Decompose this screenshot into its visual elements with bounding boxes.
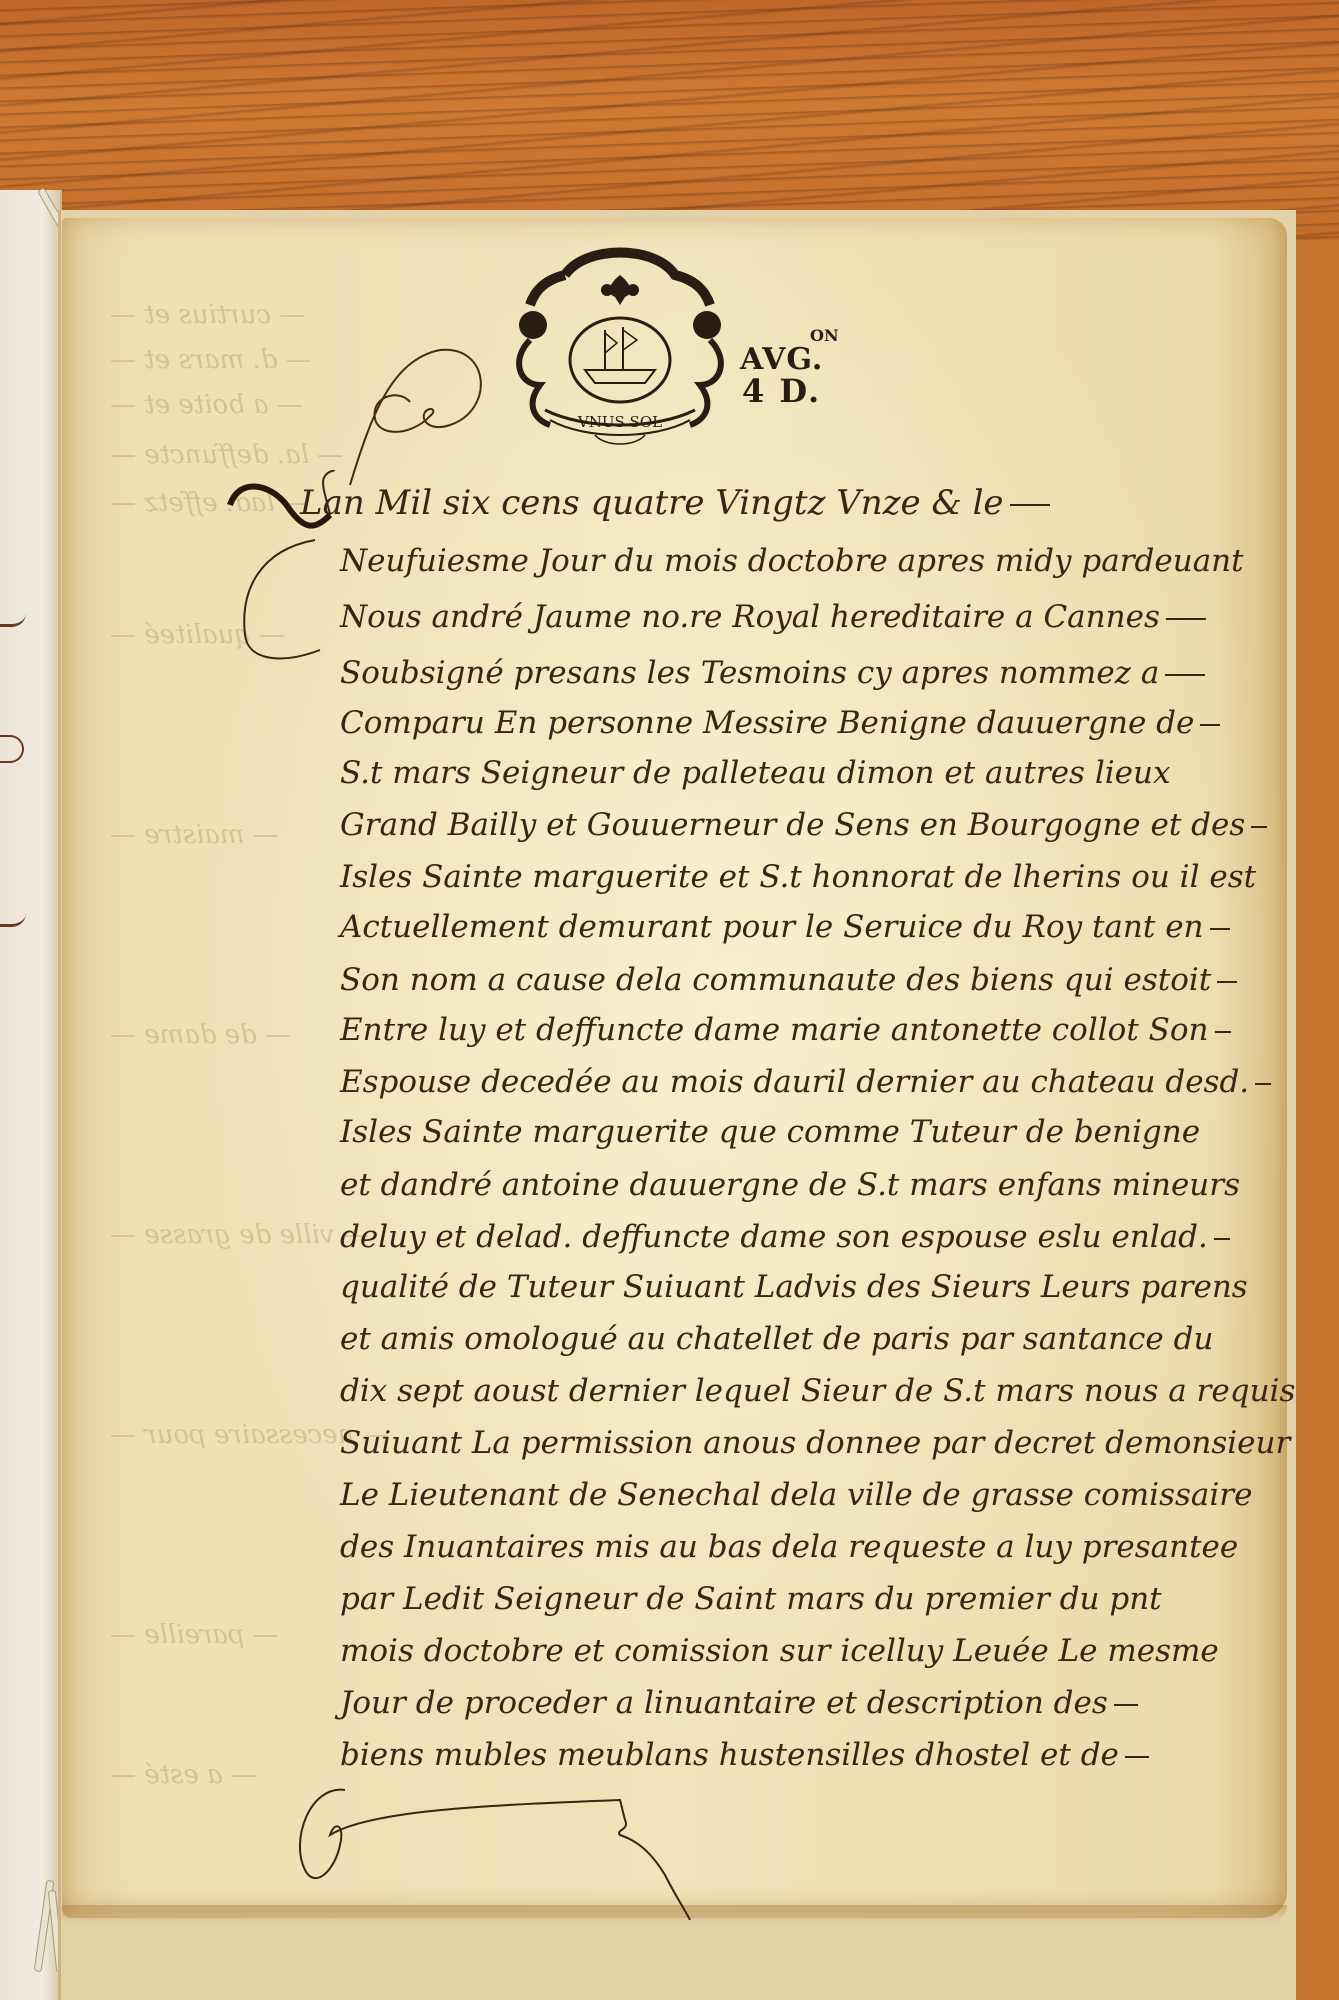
underlying-page-edge [0, 190, 62, 2000]
manuscript-line: Neufuiesme Jour du mois doctobre apres m… [340, 536, 1290, 586]
manuscript-line: des Inuantaires mis au bas dela requeste… [340, 1522, 1290, 1572]
manuscript-line: dix sept aoust dernier lequel Sieur de S… [340, 1366, 1290, 1416]
bleed-through-text: — ville de grasse — [110, 1220, 369, 1250]
bleed-through-text: — maistre — [110, 820, 279, 850]
manuscript-line: deluy et delad. deffuncte dame son espou… [340, 1212, 1290, 1262]
bleed-through-text: — pareille — [110, 1620, 279, 1650]
manuscript-line: par Ledit Seigneur de Saint mars du prem… [340, 1574, 1290, 1624]
manuscript-line: Lan Mil six cens quatre Vingtz Vnze & le [300, 478, 1250, 528]
stamp-price: 4 D. [742, 372, 821, 410]
manuscript-line: Actuellement demurant pour le Seruice du… [340, 902, 1290, 952]
manuscript-line: biens mubles meublans hustensilles dhost… [340, 1730, 1290, 1780]
manuscript-line: qualité de Tuteur Suiuant Ladvis des Sie… [340, 1262, 1290, 1312]
manuscript-line: Espouse decedée au mois dauril dernier a… [340, 1057, 1290, 1107]
bleed-through-text: — la. deffuncte — [110, 440, 343, 470]
manuscript-line: Son nom a cause dela communaute des bien… [340, 955, 1290, 1005]
bleed-through-text: — curtius et — [110, 300, 305, 330]
bleed-through-text: — a boite et — [110, 390, 303, 420]
signature-paraph-icon [290, 1780, 1050, 1920]
manuscript-line: mois doctobre et comission sur icelluy L… [340, 1626, 1290, 1676]
bleed-through-text: — d. mars et — [110, 345, 312, 375]
manuscript-line: Grand Bailly et Gouuerneur de Sens en Bo… [340, 800, 1290, 850]
wooden-table-background [0, 0, 1339, 240]
manuscript-line: Suiuant La permission anous donnee par d… [340, 1418, 1290, 1468]
tax-stamp-cartouche-icon: VNUS SOL [505, 235, 735, 450]
manuscript-line: Entre luy et deffuncte dame marie antone… [340, 1005, 1290, 1055]
manuscript-line: Jour de proceder a linuantaire et descri… [340, 1678, 1290, 1728]
manuscript-line: et amis omologué au chatellet de paris p… [340, 1314, 1290, 1364]
stamp-denomination: ON AVG. 4 D. [740, 320, 850, 415]
manuscript-line: Soubsigné presans les Tesmoins cy apres … [340, 648, 1290, 698]
manuscript-line: Le Lieutenant de Senechal dela ville de … [340, 1470, 1290, 1520]
bleed-through-text: — a esté — [110, 1760, 257, 1790]
svg-text:VNUS SOL: VNUS SOL [577, 413, 662, 431]
ink-mark [0, 610, 26, 627]
bleed-through-text: — de dame — [110, 1020, 291, 1050]
ink-mark [0, 910, 26, 927]
ink-mark [0, 735, 24, 763]
manuscript-line: S.t mars Seigneur de palleteau dimon et … [340, 748, 1290, 798]
manuscript-line: Comparu En personne Messire Benigne dauu… [340, 698, 1290, 748]
manuscript-line: et dandré antoine dauuergne de S.t mars … [340, 1160, 1290, 1210]
manuscript-line: Isles Sainte marguerite et S.t honnorat … [340, 852, 1290, 902]
manuscript-line: Nous andré Jaume no.re Royal hereditaire… [340, 592, 1290, 642]
margin-flourish-icon [330, 320, 490, 490]
manuscript-line: Isles Sainte marguerite que comme Tuteur… [340, 1107, 1290, 1157]
